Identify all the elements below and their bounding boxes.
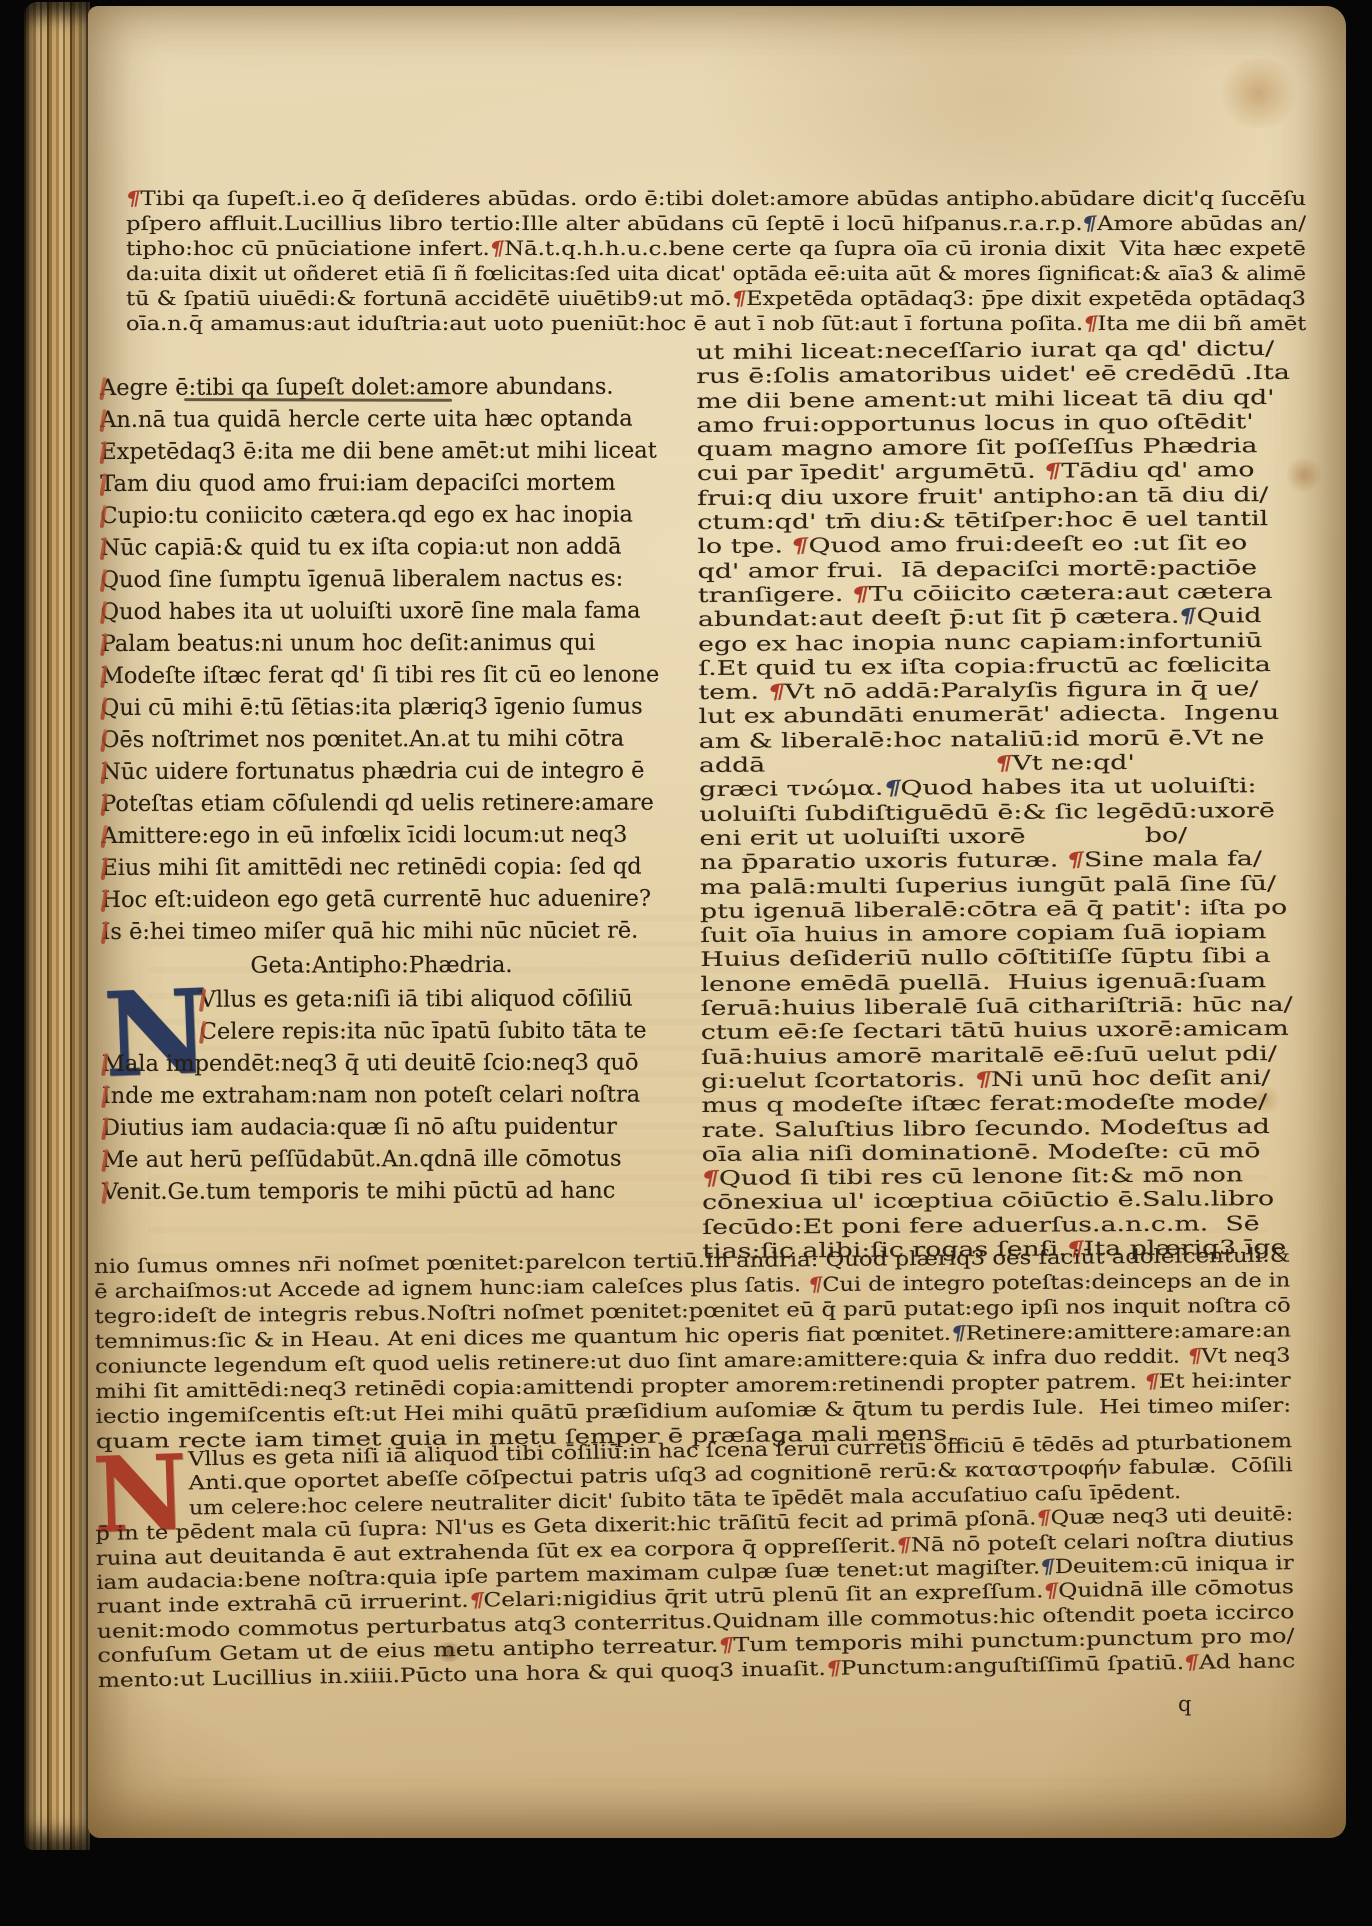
paragraph-mark: ¶: [894, 1533, 913, 1559]
text-line: Nūc uidere fortunatus phædria cui de int…: [101, 755, 644, 788]
paragraph-mark: ¶: [949, 1320, 968, 1346]
text-line: Venit.Ge.tum temporis te mihi pūctū ad h…: [102, 1175, 615, 1208]
paragraph-mark: ¶: [789, 533, 811, 558]
paragraph-mark: ¶: [1064, 847, 1086, 872]
text-line: eni erit ut uoluiſti uxorē bo/: [699, 823, 1187, 851]
text-line: tipho:hoc cū pnūciatione infert.¶Nā.t.q.…: [126, 236, 1306, 261]
text-line: Tam diu quod amo frui:iam depaciſci mort…: [100, 467, 615, 500]
incunabulum-page: ¶Tibi qa ſupeſt.i.eo q̄ deſideres abūdas…: [88, 6, 1346, 1838]
text-line: Qui cū mihi ē:tū ſētias:ita plæriq3 īgen…: [101, 691, 643, 724]
text-line: Palam beatus:ni unum hoc deſit:animus qu…: [101, 627, 596, 660]
paragraph-mark: ¶: [1081, 311, 1100, 337]
text-line: uoluiſti ſubdiſtiguēdū ē:& ſic legēdū:ux…: [699, 798, 1275, 826]
text-line: Me aut herū peſſūdabūt.An.qdnā ille cōmo…: [102, 1143, 622, 1176]
main-text-column: Aegre ē:tibi qa ſupeſt dolet:amore abund…: [100, 371, 662, 1208]
text-line: Hoc eſt:uideon ego getā currentē huc adu…: [101, 883, 651, 916]
text-line: Vllus es geta:niſi iā tibi aliquod cōſil…: [200, 983, 633, 1016]
paragraph-mark: ¶: [849, 581, 871, 606]
text-line: Aegre ē:tibi qa ſupeſt dolet:amore abund…: [100, 371, 614, 404]
book-page-edges: [24, 2, 90, 1850]
top-commentary-block: ¶Tibi qa ſupeſt.i.eo q̄ deſideres abūdas…: [126, 186, 1312, 336]
paragraph-mark: ¶: [1177, 603, 1199, 628]
fox-stain: [1216, 58, 1302, 128]
paragraph-mark: ¶: [1041, 1579, 1060, 1605]
text-line: Inde me extraham:nam non poteſt celari n…: [102, 1079, 640, 1112]
text-line: Mala impendēt:neq3 q̄ uti deuitē ſcio:ne…: [102, 1047, 639, 1080]
text-line: ¶Tibi qa ſupeſt.i.eo q̄ deſideres abūdas…: [126, 186, 1306, 211]
quire-signature: q: [1178, 1692, 1191, 1716]
paragraph-mark: ¶: [1182, 1650, 1201, 1676]
paragraph-mark: ¶: [1038, 1555, 1057, 1581]
verse-lines: Aegre ē:tibi qa ſupeſt dolet:amore abund…: [100, 371, 662, 948]
paragraph-mark: ¶: [1142, 1368, 1161, 1394]
text-line: da:uita dixit ut oñderet etiā ſi ñ fœlic…: [126, 261, 1306, 286]
text-line: Quod ſine ſumptu īgenuā liberalem nactus…: [101, 563, 624, 596]
paragraph-mark: ¶: [487, 236, 506, 262]
paragraph-mark: ¶: [881, 775, 903, 800]
text-line: pſpero affluit.Lucillius libro tertio:Il…: [126, 211, 1306, 236]
text-line: am & liberalē:hoc nataliū:id morū ē.Vt n…: [699, 725, 1265, 753]
text-line: An.nā tua quidā hercle certe uita hæc op…: [100, 403, 633, 436]
paragraph-mark: ¶: [993, 750, 1015, 775]
text-line: Eius mihi ſit amittēdi nec retinēdi copi…: [101, 851, 641, 884]
paragraph-mark: ¶: [824, 1656, 843, 1682]
text-line: tū & ſpatiū uiuēdi:& fortunā accidētē ui…: [126, 286, 1306, 311]
paragraph-mark: ¶: [765, 679, 787, 704]
paragraph-mark: ¶: [716, 1633, 736, 1659]
paragraph-mark: ¶: [806, 1271, 825, 1297]
text-line: Modeſte iſtæc ferat qd' ſi tibi res ſit …: [101, 659, 660, 692]
bottom-full-lines: p̄ in te pēdent mala cū ſupra: Nl'us es …: [95, 1502, 1302, 1693]
initial-indented-lines: Vllus es geta:niſi iā tibi aliquod cōſil…: [102, 983, 662, 1048]
text-line: oīa.n.q̄ amamus:aut iduſtria:aut uoto pu…: [126, 311, 1306, 336]
paragraph-mark: ¶: [466, 1588, 485, 1614]
text-line: Diutius iam audacia:quæ ſi nō aſtu puide…: [102, 1111, 617, 1144]
scene-heading: Geta:Antipho:Phædria.: [102, 947, 662, 984]
bottom-commentary-block: N Vllus es geta niſi iā aliquod tibi cōſ…: [94, 1429, 1302, 1693]
paragraph-mark: ¶: [699, 1165, 721, 1190]
paragraph-mark: ¶: [729, 286, 748, 312]
text-line: Quod habes ita ut uoluiſti uxorē ſine ma…: [101, 595, 641, 628]
paragraph-mark: ¶: [971, 1066, 993, 1091]
paragraph-mark: ¶: [1034, 1506, 1053, 1532]
paragraph-mark: ¶: [1185, 1343, 1204, 1369]
text-line: Celere repis:ita nūc īpatū ſubito tāta t…: [200, 1015, 647, 1048]
verse-continuation-lines: Mala impendēt:neq3 q̄ uti deuitē ſcio:ne…: [102, 1047, 662, 1208]
text-line: Expetēdaq3 ē:ita me dii bene amēt:ut mih…: [100, 435, 657, 468]
blue-initial-group: N Vllus es geta:niſi iā tibi aliquod cōſ…: [102, 983, 662, 1048]
paragraph-mark: ¶: [1042, 458, 1064, 483]
text-line: Amittere:ego in eū infœlix īcidi locum:u…: [101, 819, 627, 852]
paragraph-mark: ¶: [124, 186, 143, 212]
commentary-column: ut mihi liceat:neceſſario iurat qa qd' d…: [696, 336, 1302, 1263]
text-line: Poteſtas etiam cōſulendi qd uelis retine…: [101, 787, 654, 820]
text-line: addā ¶Vt ne:qd': [699, 750, 1135, 777]
text-line: Nūc capiā:& quid tu ex iſta copia:ut non…: [100, 531, 621, 564]
text-line: Oēs noſtrimet nos pœnitet.An.at tu mihi …: [101, 723, 624, 756]
middle-commentary-block: nio ſumus omnes nr̄i noſmet pœnitet:pare…: [94, 1242, 1296, 1454]
paragraph-mark: ¶: [1080, 211, 1099, 237]
text-line: Cupio:tu coniicito cætera.qd ego ex hac …: [100, 499, 633, 532]
text-line: Is ē:hei timeo miſer quā hic mihi nūc nū…: [101, 915, 638, 948]
book-scan-background: ¶Tibi qa ſupeſt.i.eo q̄ deſideres abūdas…: [0, 0, 1372, 1926]
